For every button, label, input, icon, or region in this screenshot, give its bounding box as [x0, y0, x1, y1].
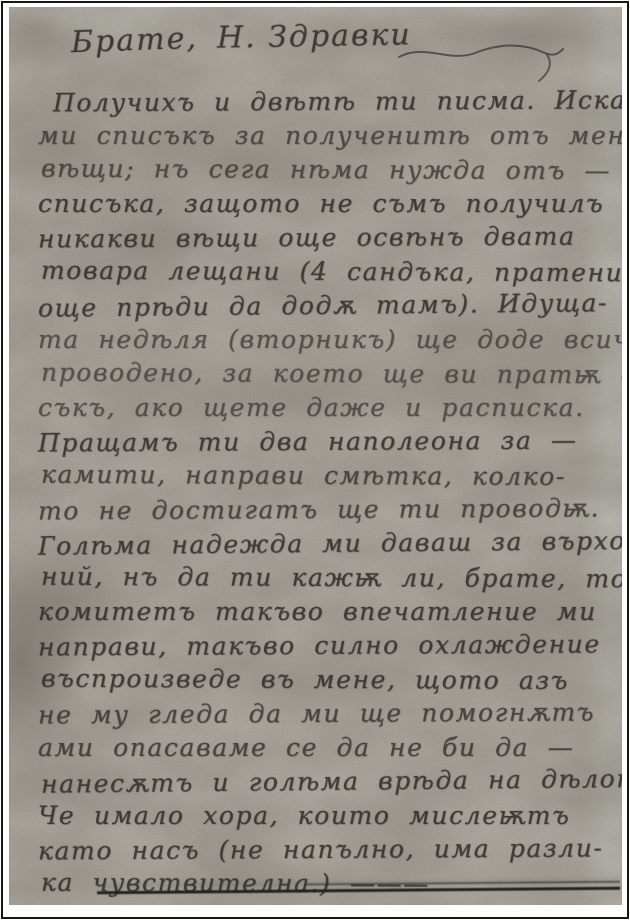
handwritten-line: ами опасаваме се да не би да — — [38, 731, 606, 765]
handwritten-line: камити, направи смѣтка, колко- — [41, 458, 606, 494]
handwritten-line: като насъ (не напълно, има разли- — [38, 832, 606, 869]
handwritten-line: нанесѫтъ и голѣма врѣда на дѣлото. — [41, 762, 606, 801]
handwritten-line: Получихъ и двѣтѣ ти писма. Искаше — [38, 84, 606, 121]
handwritten-line: още прѣди да додѫ тамъ). Идуща- — [38, 286, 606, 325]
handwritten-line: товара лещани (4 сандъка, пратени — [41, 254, 606, 290]
handwritten-line: не му гледа да ми ще помогнѫтъ — [38, 696, 606, 733]
letter-body: Получихъ и двѣтѣ ти писма. Искашеми спис… — [38, 85, 606, 901]
handwritten-line: Голѣма надежда ми даваш за върхов- — [38, 524, 606, 563]
paper-background: Брате, Н. Здравки Получихъ и двѣтѣ ти пи… — [9, 7, 622, 905]
signature-flourish-icon — [397, 41, 567, 87]
addressee-name: Н. Здравки — [217, 17, 412, 55]
handwritten-line: ний, нъ да ти кажѭ ли, брате, той — [41, 560, 606, 596]
handwritten-line: направи, такъво силно охлаждение — [38, 628, 606, 665]
scanned-letter-photo: Брате, Н. Здравки Получихъ и двѣтѣ ти пи… — [0, 0, 630, 920]
handwritten-line: съкъ, ако щете даже и расписка. — [38, 391, 606, 425]
handwritten-line: проводено, за което ще ви пратѭ спи- — [41, 356, 606, 392]
handwritten-line: ми списъкъ за полученитѣ отъ мене — [38, 119, 606, 153]
handwritten-line: списъка, защото не съмъ получилъ — [38, 187, 606, 221]
handwritten-line: въспроизведе въ мене, щото азъ — [41, 662, 606, 698]
handwritten-line: то не достигатъ ще ти проводѭ. — [38, 492, 606, 529]
letter-salutation-row: Брате, Н. Здравки — [9, 19, 622, 77]
handwritten-line: та недѣля (вторникъ) ще доде всичко — [38, 323, 606, 357]
handwritten-line: вѣщи; нъ сега нѣма нужда отъ — — [41, 152, 606, 188]
handwritten-line: комитетъ такъво впечатление ми — [38, 595, 606, 629]
handwritten-line: никакви вѣщи още освѣнъ двата — [38, 220, 606, 257]
salutation-text: Брате, — [70, 21, 198, 60]
handwritten-line: Че имало хора, които мислеѭтъ — [38, 799, 606, 833]
handwritten-line: Пращамъ ти два наполеона за — — [38, 424, 606, 461]
